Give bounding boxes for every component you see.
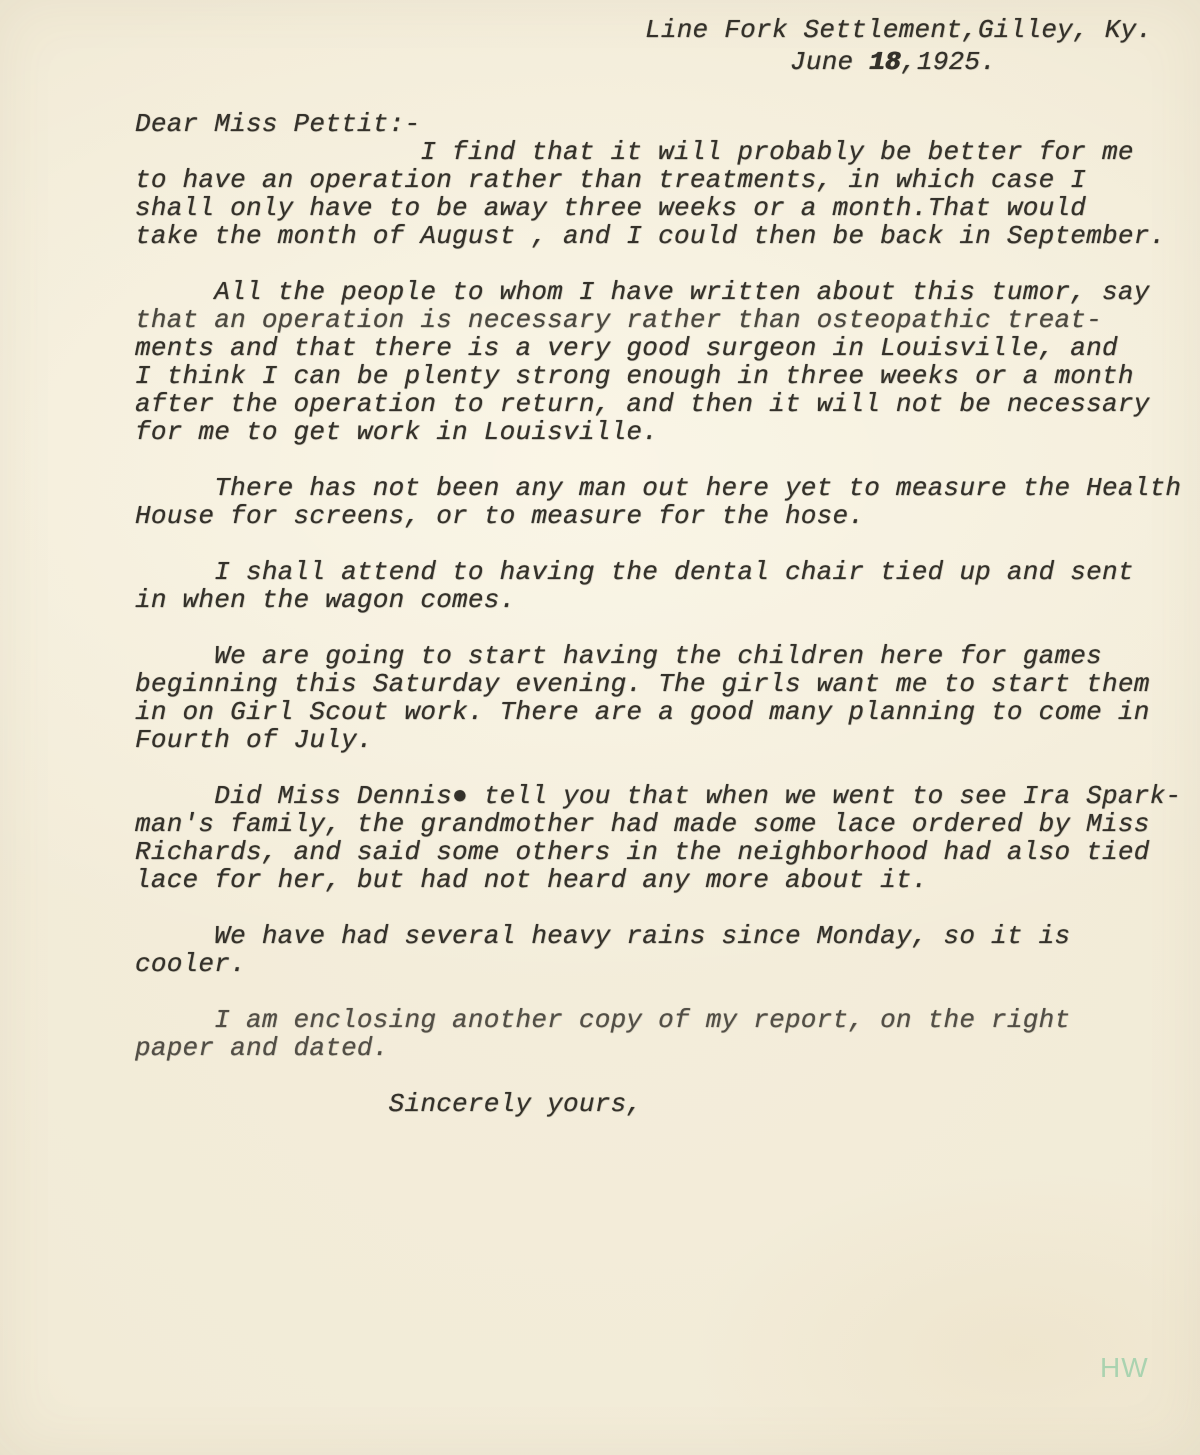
paragraph: All the people to whom I have written ab… (135, 278, 1185, 446)
letter-line: I am enclosing another copy of my report… (135, 1006, 1185, 1034)
letter-line: paper and dated. (135, 1034, 1185, 1062)
paragraph: Did Miss Dennis● tell you that when we w… (135, 782, 1185, 894)
letter-page: Line Fork Settlement,Gilley, Ky. June 18… (0, 0, 1200, 1455)
letter-line: cooler. (135, 950, 1185, 978)
letter-line: take the month of August , and I could t… (135, 222, 1185, 250)
letter-line: Richards, and said some others in the ne… (135, 838, 1185, 866)
paragraph: I am enclosing another copy of my report… (135, 1006, 1185, 1062)
date-prefix: June (790, 47, 869, 77)
salutation: Dear Miss Pettit:- (135, 110, 1185, 138)
letter-line: I find that it will probably be better f… (135, 138, 1185, 166)
letter-line: Did Miss Dennis● tell you that when we w… (135, 782, 1185, 810)
paragraph: I shall attend to having the dental chai… (135, 558, 1185, 614)
header-location-line: Line Fork Settlement,Gilley, Ky. (645, 16, 1152, 44)
letter-body: Dear Miss Pettit:- I find that it will p… (135, 110, 1185, 1118)
closing-sincerely: Sincerely yours, (135, 1090, 1185, 1118)
letter-line: shall only have to be away three weeks o… (135, 194, 1185, 222)
letter-line: I think I can be plenty strong enough in… (135, 362, 1185, 390)
letter-line: in when the wagon comes. (135, 586, 1185, 614)
letter-line: House for screens, or to measure for the… (135, 502, 1185, 530)
letter-line: that an operation is necessary rather th… (135, 306, 1185, 334)
header-date-line: June 18,1925. (790, 48, 996, 76)
date-suffix: ,1925. (901, 47, 996, 77)
paragraph: We are going to start having the childre… (135, 642, 1185, 754)
letter-line: We are going to start having the childre… (135, 642, 1185, 670)
letter-line: after the operation to return, and then … (135, 390, 1185, 418)
letter-line: for me to get work in Louisville. (135, 418, 1185, 446)
letter-line: There has not been any man out here yet … (135, 474, 1185, 502)
letter-line: I shall attend to having the dental chai… (135, 558, 1185, 586)
letter-line: man's family, the grandmother had made s… (135, 810, 1185, 838)
paragraph: I find that it will probably be better f… (135, 138, 1185, 250)
date-day-overstruck: 18 (869, 47, 901, 77)
letter-line: beginning this Saturday evening. The gir… (135, 670, 1185, 698)
letter-line: to have an operation rather than treatme… (135, 166, 1185, 194)
letter-header: Line Fork Settlement,Gilley, Ky. (645, 16, 1152, 44)
letter-paragraphs: I find that it will probably be better f… (135, 138, 1185, 1062)
paragraph: We have had several heavy rains since Mo… (135, 922, 1185, 978)
letter-line: We have had several heavy rains since Mo… (135, 922, 1185, 950)
letter-line: lace for her, but had not heard any more… (135, 866, 1185, 894)
letter-line: ments and that there is a very good surg… (135, 334, 1185, 362)
watermark-hw: HW (1100, 1352, 1149, 1384)
paragraph: There has not been any man out here yet … (135, 474, 1185, 530)
letter-line: Fourth of July. (135, 726, 1185, 754)
letter-line: All the people to whom I have written ab… (135, 278, 1185, 306)
letter-line: in on Girl Scout work. There are a good … (135, 698, 1185, 726)
